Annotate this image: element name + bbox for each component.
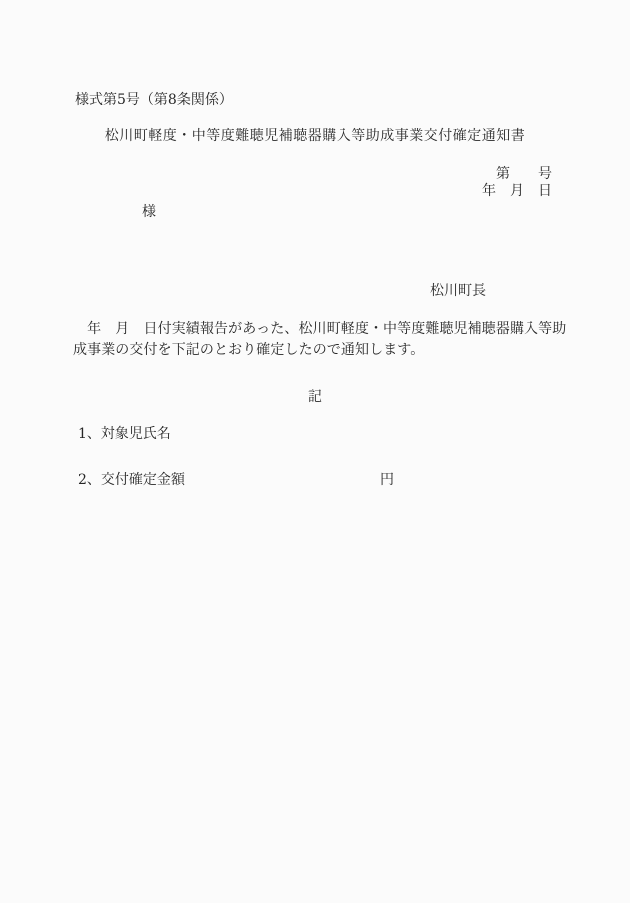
body-paragraph-line2: 成事業の交付を下記のとおり確定したので通知します。 (73, 342, 424, 358)
record-marker: 記 (0, 389, 630, 405)
document-title: 松川町軽度・中等度難聴児補聴器購入等助成事業交付確定通知書 (0, 128, 630, 144)
grant-amount-label: 2、交付確定金額 (78, 472, 185, 488)
item-grant-amount: 2、交付確定金額 円 (0, 472, 630, 490)
issue-date-line: 年 月 日 (482, 183, 552, 199)
currency-unit-label: 円 (380, 472, 394, 488)
issue-number-line: 第 号 (496, 166, 552, 182)
sender-title: 松川町長 (430, 283, 486, 299)
body-paragraph-line1: 年 月 日付実績報告があった、松川町軽度・中等度難聴児補聴器購入等助 (73, 321, 566, 337)
addressee-honorific: 様 (142, 204, 156, 220)
form-number-label: 様式第5号（第8条関係） (75, 92, 233, 108)
document-page: 様式第5号（第8条関係） 松川町軽度・中等度難聴児補聴器購入等助成事業交付確定通… (0, 0, 630, 903)
item-subject-child-name: 1、対象児氏名 (78, 426, 171, 442)
